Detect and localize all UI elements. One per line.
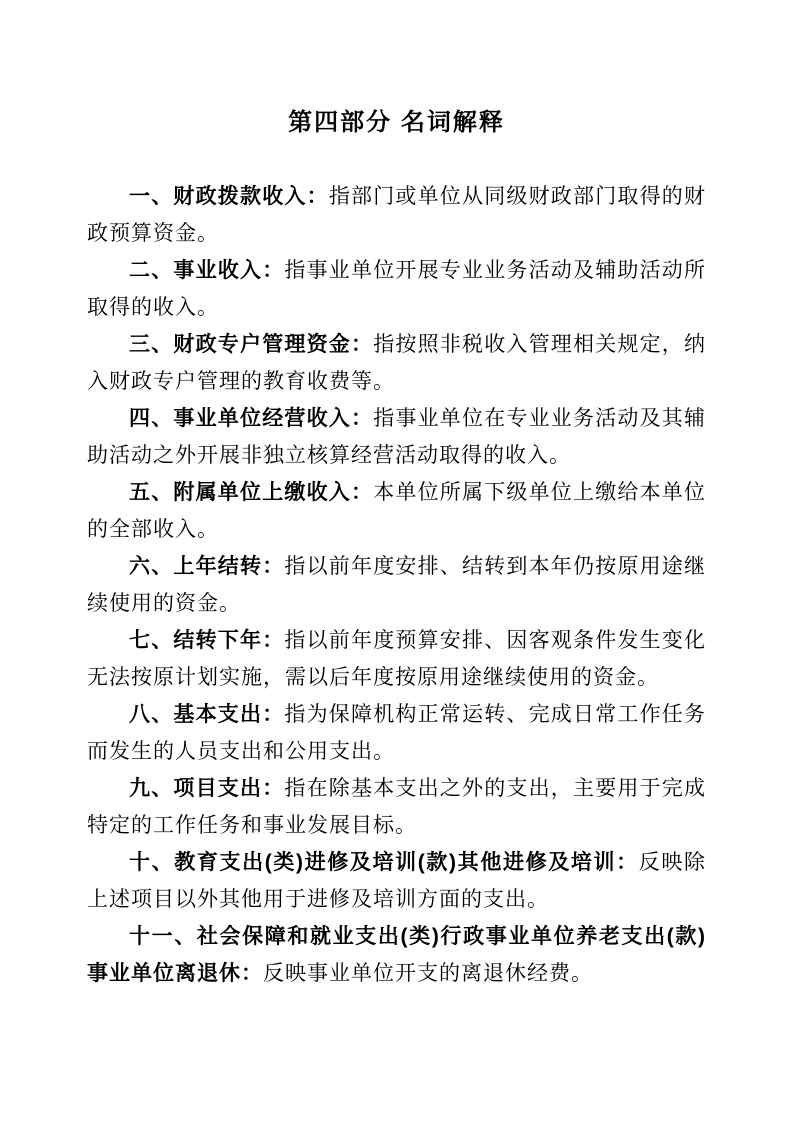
- term-label: 九、项目支出：: [129, 777, 284, 800]
- definition-paragraph: 九、项目支出：指在除基本支出之外的支出，主要用于完成特定的工作任务和事业发展目标…: [87, 770, 706, 844]
- term-definition: 反映事业单位开支的离退休经费。: [263, 961, 593, 985]
- term-label: 五、附属单位上缴收入：: [129, 481, 373, 504]
- definition-paragraph: 三、财政专户管理资金：指按照非税收入管理相关规定，纳入财政专户管理的教育收费等。: [87, 326, 706, 400]
- definition-paragraph: 七、结转下年：指以前年度预算安排、因客观条件发生变化无法按原计划实施，需以后年度…: [87, 622, 706, 696]
- definition-paragraph: 六、上年结转：指以前年度安排、结转到本年仍按原用途继续使用的资金。: [87, 548, 706, 622]
- term-label: 三、财政专户管理资金：: [129, 333, 373, 356]
- document-page: 第四部分 名词解释 一、财政拨款收入：指部门或单位从同级财政部门取得的财政预算资…: [0, 0, 793, 1122]
- term-label: 八、基本支出：: [129, 703, 284, 726]
- page-title: 第四部分 名词解释: [87, 108, 706, 138]
- definition-paragraph: 四、事业单位经营收入：指事业单位在专业业务活动及其辅助活动之外开展非独立核算经营…: [87, 400, 706, 474]
- term-label: 七、结转下年：: [129, 629, 284, 652]
- term-label: 一、财政拨款收入：: [129, 185, 329, 208]
- term-label: 十、教育支出(类)进修及培训(款)其他进修及培训：: [129, 851, 639, 874]
- definition-paragraph: 五、附属单位上缴收入：本单位所属下级单位上缴给本单位的全部收入。: [87, 474, 706, 548]
- definition-paragraph: 十一、社会保障和就业支出(类)行政事业单位养老支出(款)事业单位离退休：反映事业…: [87, 918, 706, 992]
- term-label: 六、上年结转：: [129, 555, 284, 578]
- term-label: 二、事业收入：: [129, 259, 284, 282]
- term-label: 四、事业单位经营收入：: [129, 407, 373, 430]
- definitions-list: 一、财政拨款收入：指部门或单位从同级财政部门取得的财政预算资金。 二、事业收入：…: [87, 178, 706, 992]
- definition-paragraph: 一、财政拨款收入：指部门或单位从同级财政部门取得的财政预算资金。: [87, 178, 706, 252]
- definition-paragraph: 二、事业收入：指事业单位开展专业业务活动及辅助活动所取得的收入。: [87, 252, 706, 326]
- definition-paragraph: 十、教育支出(类)进修及培训(款)其他进修及培训：反映除上述项目以外其他用于进修…: [87, 844, 706, 918]
- definition-paragraph: 八、基本支出：指为保障机构正常运转、完成日常工作任务而发生的人员支出和公用支出。: [87, 696, 706, 770]
